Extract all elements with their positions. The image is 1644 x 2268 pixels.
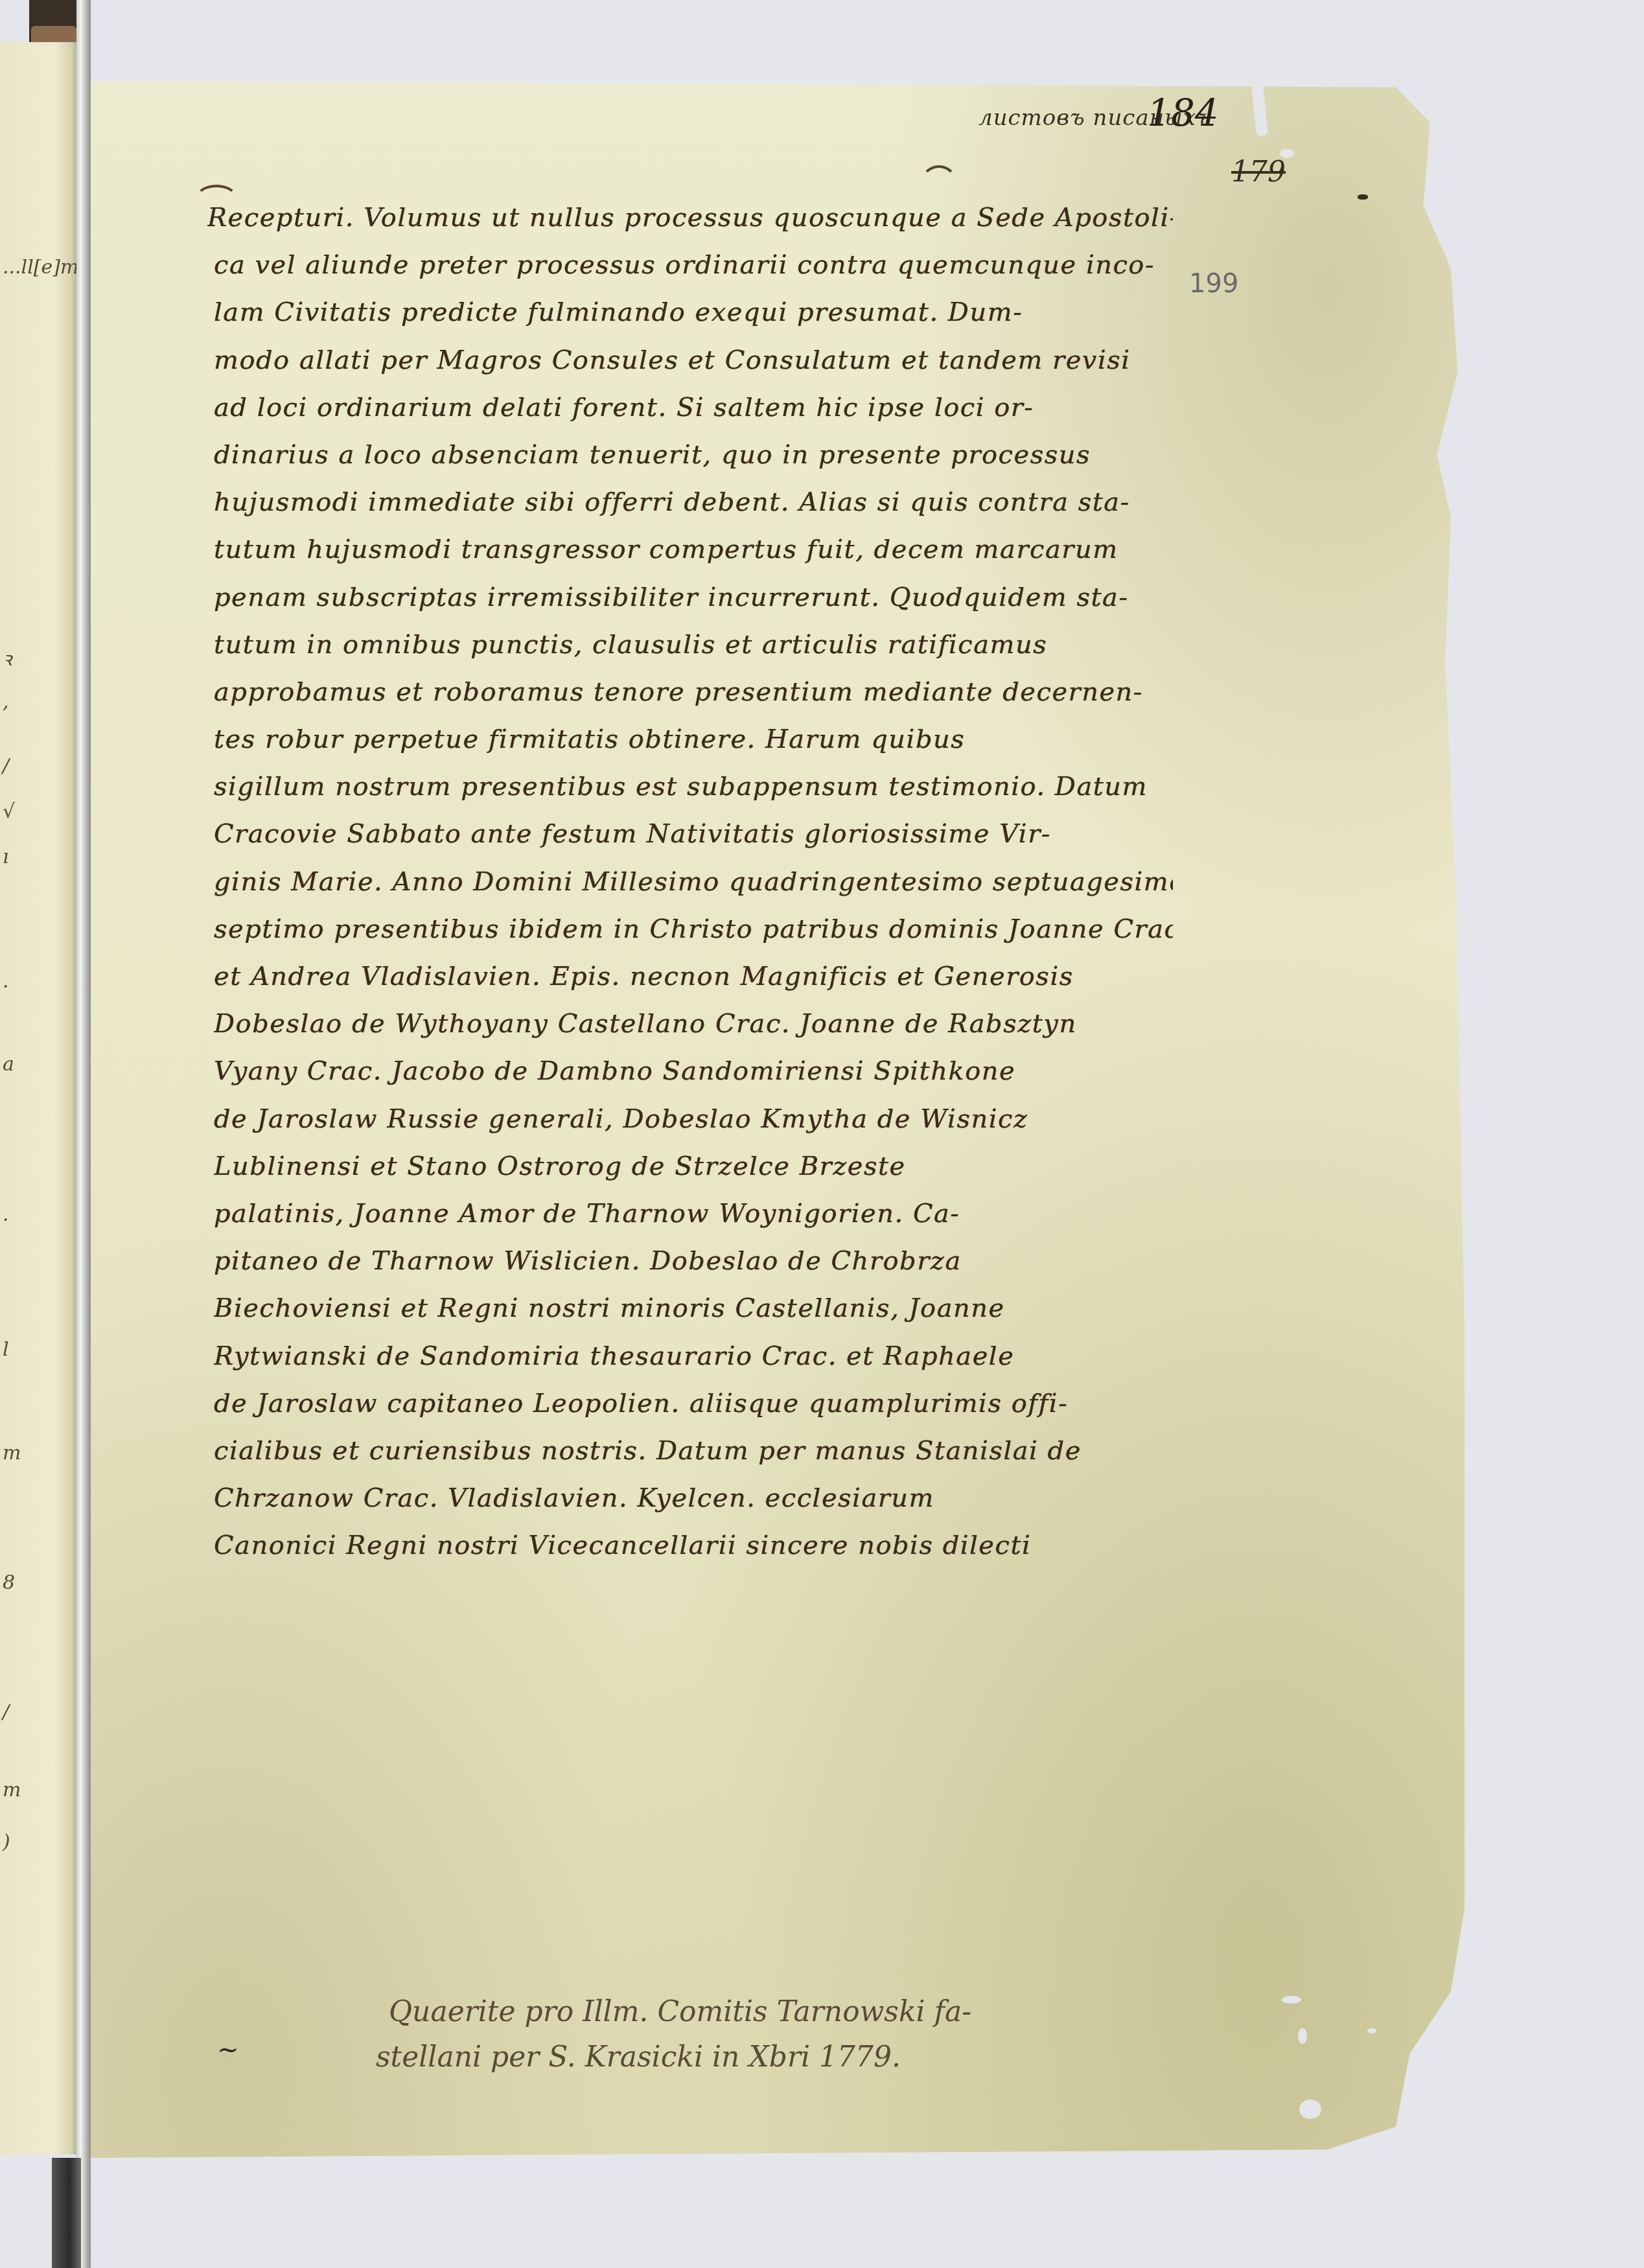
text-line: de Jaroslaw capitaneo Leopolien. aliisqu… <box>214 1380 1173 1428</box>
left-page-fragment: ...ll[e]m <box>3 256 78 279</box>
hole <box>1299 2100 1321 2119</box>
left-page-mark: 8 <box>3 1571 15 1594</box>
text-line: ca vel aliunde preter processus ordinari… <box>214 242 1173 289</box>
left-page-mark: ꝛ <box>3 645 12 671</box>
left-page-mark: · <box>3 1209 9 1231</box>
flourish-decoration <box>194 185 238 216</box>
text-line: palatinis, Joanne Amor de Tharnow Woynig… <box>214 1190 1173 1238</box>
left-page-mark: · <box>3 975 9 998</box>
folio-number-struck: 179 <box>1231 156 1286 189</box>
text-line: Chrzanow Crac. Vladislavien. Kyelcen. ec… <box>214 1475 1173 1522</box>
text-line: tutum hujusmodi transgressor compertus f… <box>214 526 1173 573</box>
left-page-mark: ) <box>3 1831 10 1853</box>
hole <box>1367 2028 1376 2033</box>
hole <box>1282 1996 1301 2004</box>
text-line: Canonici Regni nostri Vicecancellarii si… <box>214 1522 1173 1569</box>
text-line: tes robur perpetue firmitatis obtinere. … <box>214 716 1173 763</box>
text-line: tutum in omnibus punctis, clausulis et a… <box>214 621 1173 669</box>
text-line: pitaneo de Tharnow Wislicien. Dobeslao d… <box>214 1238 1173 1285</box>
text-line: Cracovie Sabbato ante festum Nativitatis… <box>214 811 1173 858</box>
text-line: Dobeslao de Wythoyany Castellano Crac. J… <box>214 1001 1173 1048</box>
folio-number: 184 <box>1147 91 1219 135</box>
text-line: cialibus et curiensibus nostris. Datum p… <box>214 1428 1173 1475</box>
left-page-mark: m <box>3 1779 21 1801</box>
text-line: Biechoviensi et Regni nostri minoris Cas… <box>214 1285 1173 1332</box>
pencil-folio-number: 199 <box>1189 269 1238 299</box>
main-text-block: Recepturi. Volumus ut nullus processus q… <box>214 194 1173 1569</box>
endorsement-line: stellani per S. Krasicki in Xbri 1779. <box>376 2035 971 2080</box>
left-page-mark: / <box>3 1701 9 1724</box>
text-line: Lublinensi et Stano Ostrorog de Strzelce… <box>214 1143 1173 1190</box>
text-line: hujusmodi immediate sibi offerri debent.… <box>214 479 1173 526</box>
text-line: Vyany Crac. Jacobo de Dambno Sandomirien… <box>214 1048 1173 1095</box>
facing-page-left: ...ll[e]m ꝛ , / √ ı · a · l m 8 / m ) <box>0 42 76 2155</box>
text-line: penam subscriptas irremissibiliter incur… <box>214 574 1173 621</box>
left-page-mark: / <box>3 755 9 778</box>
left-page-mark: a <box>3 1053 14 1076</box>
left-page-mark: l <box>3 1338 9 1361</box>
text-line: approbamus et roboramus tenore presentiu… <box>214 669 1173 716</box>
endorsement-line: Quaerite pro Illm. Comitis Tarnowski fa- <box>389 1989 971 2035</box>
text-line: ad loci ordinarium delati forent. Si sal… <box>214 384 1173 432</box>
archival-endorsement: Quaerite pro Illm. Comitis Tarnowski fa-… <box>389 1989 971 2080</box>
hole <box>1298 2028 1307 2044</box>
flourish-decoration <box>920 165 958 203</box>
text-line: septimo presentibus ibidem in Christo pa… <box>214 906 1173 953</box>
text-line: dinarius a loco absenciam tenuerit, quo … <box>214 432 1173 479</box>
ink-spot <box>1358 194 1368 200</box>
corner-mark: ~ <box>217 2035 239 2065</box>
text-line: Recepturi. Volumus ut nullus processus q… <box>207 194 1173 242</box>
text-line: de Jaroslaw Russie generali, Dobeslao Km… <box>214 1096 1173 1143</box>
text-line: modo allati per Magros Consules et Consu… <box>214 337 1173 384</box>
text-line: et Andrea Vladislavien. Epis. necnon Mag… <box>214 953 1173 1001</box>
left-page-mark: ı <box>3 846 9 868</box>
text-line: Rytwianski de Sandomiria thesaurario Cra… <box>214 1333 1173 1380</box>
left-page-mark: √ <box>3 800 15 823</box>
text-line: sigillum nostrum presentibus est subappe… <box>214 763 1173 811</box>
text-line: ginis Marie. Anno Domini Millesimo quadr… <box>214 859 1173 906</box>
text-line: lam Civitatis predicte fulminando exequi… <box>214 289 1173 336</box>
left-page-mark: m <box>3 1442 21 1464</box>
left-page-mark: , <box>3 690 9 713</box>
gutter-shadow <box>52 2158 81 2268</box>
gutter-glass-edge <box>76 0 91 2268</box>
